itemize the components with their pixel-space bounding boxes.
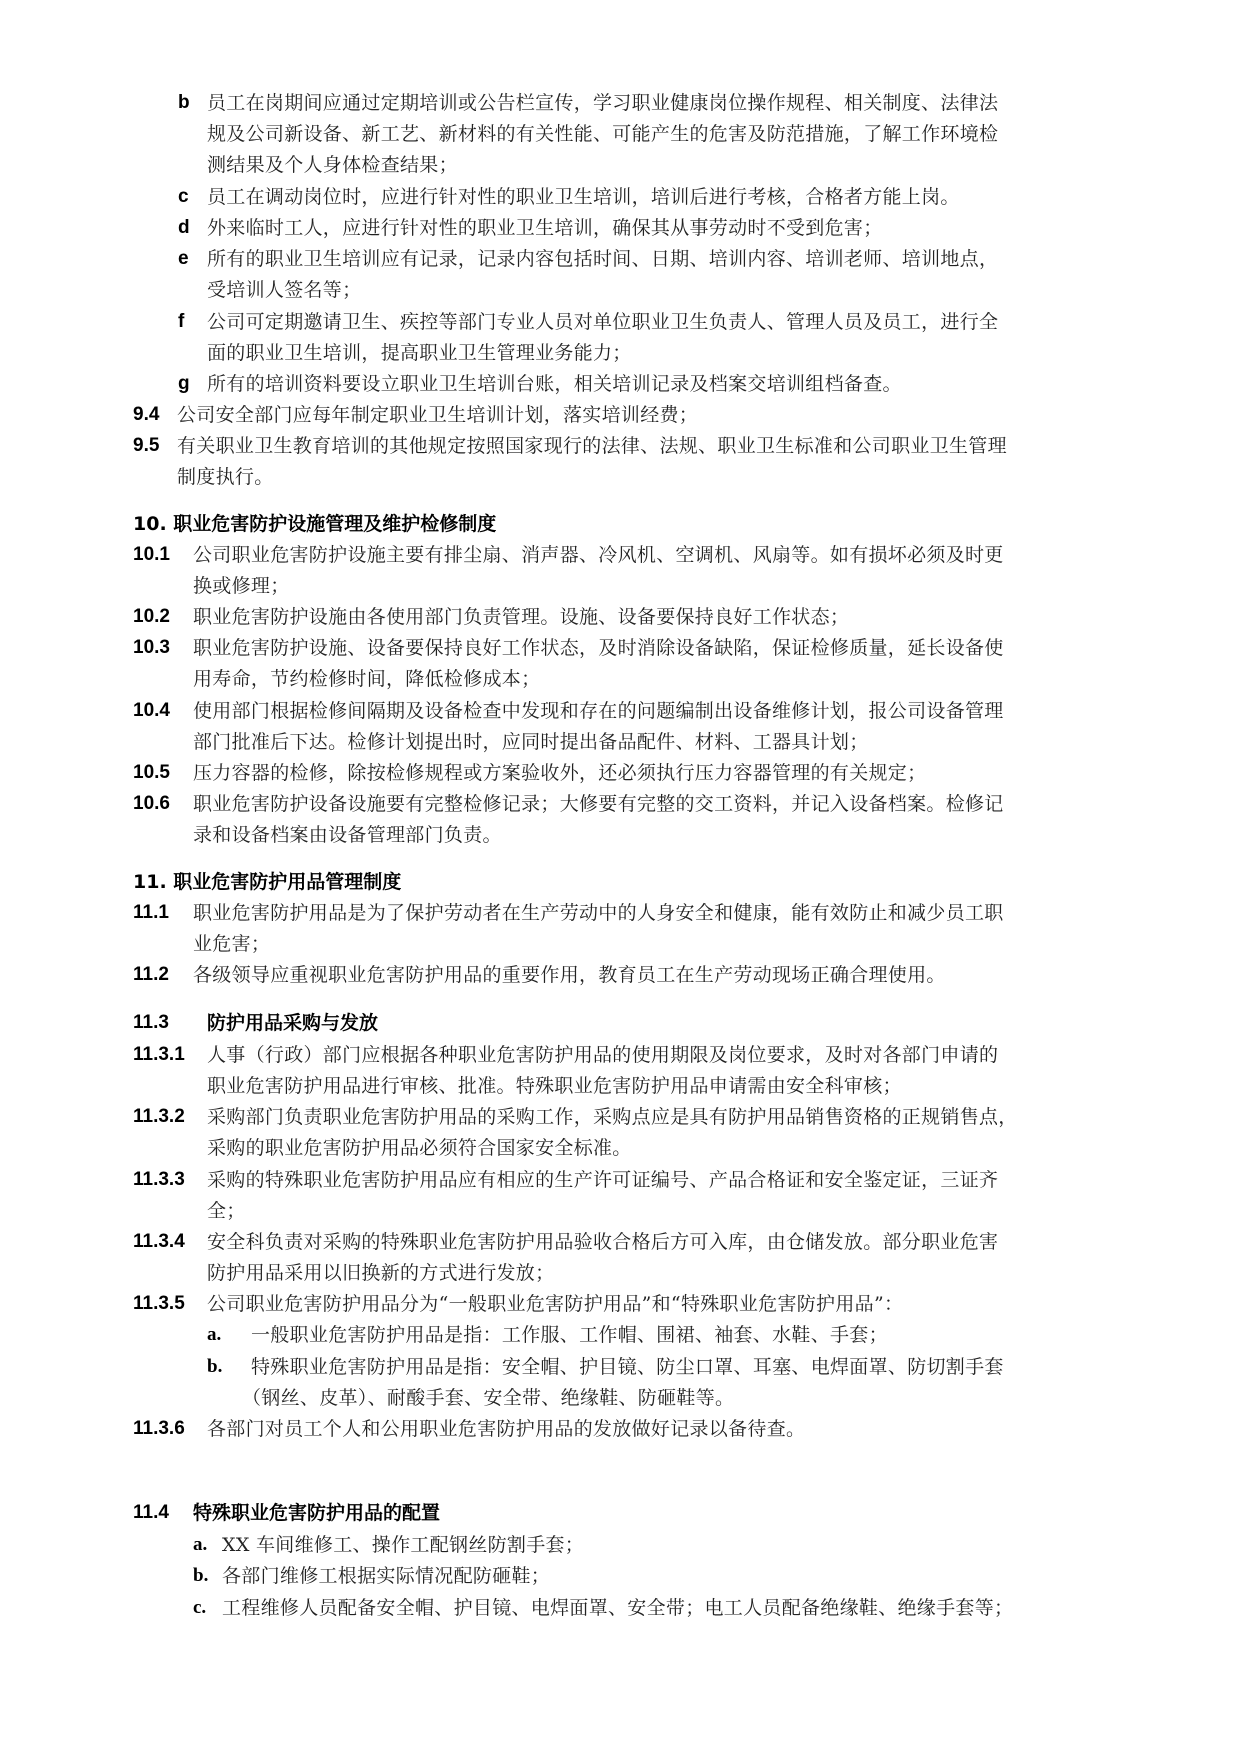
clause-11-3-4-line-2: 防护用品采用以旧换新的方式进行发放； (207, 1261, 554, 1285)
item-f-line-2: 面的职业卫生培训，提高职业卫生管理业务能力； (207, 341, 632, 365)
item-f-line-1: 公司可定期邀请卫生、疾控等部门专业人员对单位职业卫生负责人、管理人员及员工，进行… (207, 310, 998, 334)
clause-10-6-line-1: 职业危害防护设备设施要有完整检修记录；大修要有完整的交工资料，并记入设备档案。检… (193, 792, 1004, 816)
clause-9-4-text: 公司安全部门应每年制定职业卫生培训计划，落实培训经费； (177, 403, 698, 427)
clause-number: 11.1 (133, 901, 169, 925)
config-item-label-a: a. (193, 1533, 207, 1557)
clause-number: 11.3.2 (133, 1105, 185, 1129)
clause-10-5-text: 压力容器的检修，除按检修规程或方案验收外，还必须执行压力容器管理的有关规定； (193, 761, 926, 785)
config-item-label-b: b. (193, 1564, 208, 1588)
clause-10-2-text: 职业危害防护设施由各使用部门负责管理。设施、设备要保持良好工作状态； (193, 605, 849, 629)
clause-10-1-line-2: 换或修理； (193, 574, 290, 598)
clause-11-3-2-line-1: 采购部门负责职业危害防护用品的采购工作，采购点应是具有防护用品销售资格的正规销售… (207, 1105, 1018, 1129)
item-label-d: d (178, 216, 190, 240)
item-b-line-1: 员工在岗期间应通过定期培训或公告栏宣传，学习职业健康岗位操作规程、相关制度、法律… (207, 91, 998, 115)
clause-number: 11.3.3 (133, 1168, 185, 1192)
item-e-line-2: 受培训人签名等； (207, 278, 361, 302)
item-g-line-1: 所有的培训资料要设立职业卫生培训台账，相关培训记录及档案交培训组档备查。 (207, 372, 902, 396)
clause-11-1-line-2: 业危害； (193, 932, 270, 956)
clause-number: 10.1 (133, 543, 170, 567)
clause-11-3-4-line-1: 安全科负责对采购的特殊职业危害防护用品验收合格后方可入库，由仓储发放。部分职业危… (207, 1230, 998, 1254)
clause-10-3-line-2: 用寿命，节约检修时间，降低检修成本； (193, 667, 540, 691)
clause-11-3-2-line-2: 采购的职业危害防护用品必须符合国家安全标准。 (207, 1136, 632, 1160)
clause-11-3-3-line-1: 采购的特殊职业危害防护用品应有相应的生产许可证编号、产品合格证和安全鉴定证，三证… (207, 1168, 998, 1192)
item-b-line-2: 规及公司新设备、新工艺、新材料的有关性能、可能产生的危害及防范措施，了解工作环境… (207, 122, 998, 146)
clause-number: 10.4 (133, 699, 170, 723)
clause-number: 10.3 (133, 636, 170, 660)
clause-10-1-line-1: 公司职业危害防护设施主要有排尘扇、消声器、冷风机、空调机、风扇等。如有损坏必须及… (193, 543, 1004, 567)
clause-number: 11.3.6 (133, 1417, 185, 1441)
clause-number: 11.3.4 (133, 1230, 185, 1254)
clause-11-3-5-text: 公司职业危害防护用品分为“一般职业危害防护用品”和“特殊职业危害防护用品”： (207, 1292, 903, 1316)
clause-10-4-line-1: 使用部门根据检修间隔期及设备检查中发现和存在的问题编制出设备维修计划，报公司设备… (193, 699, 1004, 723)
item-label-b: b (178, 91, 190, 115)
clause-number: 10.2 (133, 605, 170, 629)
config-item-label-c: c. (193, 1596, 206, 1620)
clause-11-3-3-line-2: 全； (207, 1199, 246, 1223)
clause-number: 11.2 (133, 963, 169, 987)
clause-11-3-6-text: 各部门对员工个人和公用职业危害防护用品的发放做好记录以备待查。 (207, 1417, 805, 1441)
sub-item-label-b: b. (207, 1355, 222, 1379)
subsection-11-3-title: 防护用品采购与发放 (207, 1011, 378, 1035)
item-c-line-1: 员工在调动岗位时，应进行针对性的职业卫生培训，培训后进行考核，合格者方能上岗。 (207, 185, 960, 209)
subsection-number: 11.4 (133, 1501, 169, 1525)
clause-number: 11.3.5 (133, 1292, 185, 1316)
document-page: b 员工在岗期间应通过定期培训或公告栏宣传，学习职业健康岗位操作规程、相关制度、… (0, 0, 1241, 1754)
item-label-f: f (178, 310, 184, 334)
clause-10-6-line-2: 录和设备档案由设备管理部门负责。 (193, 823, 502, 847)
subsection-11-4-title: 特殊职业危害防护用品的配置 (193, 1501, 440, 1525)
sub-item-label-a: a. (207, 1323, 221, 1347)
clause-number: 9.4 (133, 403, 159, 427)
sub-item-b-line-1: 特殊职业危害防护用品是指：安全帽、护目镜、防尘口罩、耳塞、电焊面罩、防切割手套 (251, 1355, 1004, 1379)
clause-11-3-1-line-1: 人事（行政）部门应根据各种职业危害防护用品的使用期限及岗位要求，及时对各部门申请… (207, 1043, 998, 1067)
clause-9-5-line-1: 有关职业卫生教育培训的其他规定按照国家现行的法律、法规、职业卫生标准和公司职业卫… (177, 434, 1007, 458)
clause-number: 11.3.1 (133, 1043, 185, 1067)
item-label-c: c (178, 185, 189, 209)
clause-number: 10.6 (133, 792, 170, 816)
clause-11-3-1-line-2: 职业危害防护用品进行审核、批准。特殊职业危害防护用品申请需由安全科审核； (207, 1074, 902, 1098)
config-item-b-text: 各部门维修工根据实际情况配防砸鞋； (222, 1564, 550, 1588)
clause-9-5-line-2: 制度执行。 (177, 465, 274, 489)
clause-number: 10.5 (133, 761, 170, 785)
clause-10-4-line-2: 部门批准后下达。检修计划提出时，应同时提出备品配件、材料、工器具计划； (193, 730, 869, 754)
config-item-a-text: XX 车间维修工、操作工配钢丝防割手套； (222, 1533, 584, 1557)
clause-number: 9.5 (133, 434, 159, 458)
clause-11-2-text: 各级领导应重视职业危害防护用品的重要作用，教育员工在生产劳动现场正确合理使用。 (193, 963, 946, 987)
section-11-heading: 11. 职业危害防护用品管理制度 (133, 870, 401, 894)
config-item-c-text: 工程维修人员配备安全帽、护目镜、电焊面罩、安全带；电工人员配备绝缘鞋、绝缘手套等… (222, 1596, 1013, 1620)
item-b-line-3: 测结果及个人身体检查结果； (207, 153, 458, 177)
item-label-g: g (178, 372, 190, 396)
clause-10-3-line-1: 职业危害防护设施、设备要保持良好工作状态，及时消除设备缺陷，保证检修质量，延长设… (193, 636, 1004, 660)
item-d-line-1: 外来临时工人，应进行针对性的职业卫生培训，确保其从事劳动时不受到危害； (207, 216, 883, 240)
item-label-e: e (178, 247, 189, 271)
sub-item-a-text: 一般职业危害防护用品是指：工作服、工作帽、围裙、袖套、水鞋、手套； (251, 1323, 888, 1347)
sub-item-b-line-2: （钢丝、皮革）、耐酸手套、安全带、绝缘鞋、防砸鞋等。 (242, 1386, 734, 1410)
subsection-number: 11.3 (133, 1011, 169, 1035)
clause-11-1-line-1: 职业危害防护用品是为了保护劳动者在生产劳动中的人身安全和健康，能有效防止和减少员… (193, 901, 1004, 925)
section-10-heading: 10. 职业危害防护设施管理及维护检修制度 (133, 512, 496, 536)
item-e-line-1: 所有的职业卫生培训应有记录，记录内容包括时间、日期、培训内容、培训老师、培训地点… (207, 247, 998, 271)
